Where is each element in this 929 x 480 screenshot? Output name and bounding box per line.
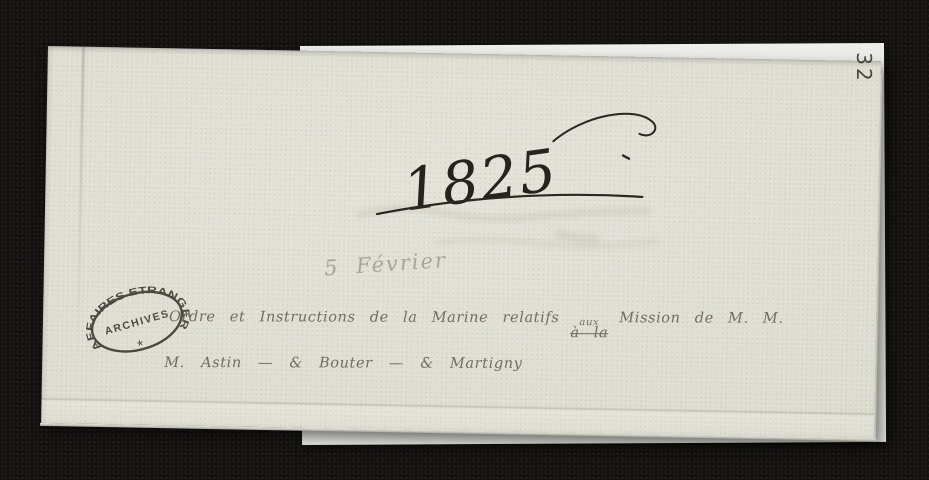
title-part2: Mission de M. M. xyxy=(619,310,783,326)
pencil-date: 5 Février xyxy=(323,248,447,280)
struck-words: à la xyxy=(570,326,608,341)
year-figure: 1825 xyxy=(341,91,689,242)
ink-dot xyxy=(623,156,629,159)
names-line: M. Astin — & Bouter — & Martigny xyxy=(164,355,522,372)
year-text: 1825 xyxy=(399,136,563,225)
title-line: Ordre et Instructions de la Marine relat… xyxy=(169,309,784,338)
stamp-star: * xyxy=(136,337,146,355)
paper-sheet: 1825 5 Février AFFAIRES ETRANGERES ARCHI… xyxy=(41,46,881,438)
archive-page-number: 32 xyxy=(852,46,876,90)
year-flourish xyxy=(553,112,655,143)
scan-background: 1825 5 Février AFFAIRES ETRANGERES ARCHI… xyxy=(0,0,929,480)
insertion-stack: aux à la xyxy=(570,318,608,341)
stamp-inner-text: ARCHIVES xyxy=(103,308,171,338)
title-part1: Ordre et Instructions de la Marine relat… xyxy=(169,309,559,326)
